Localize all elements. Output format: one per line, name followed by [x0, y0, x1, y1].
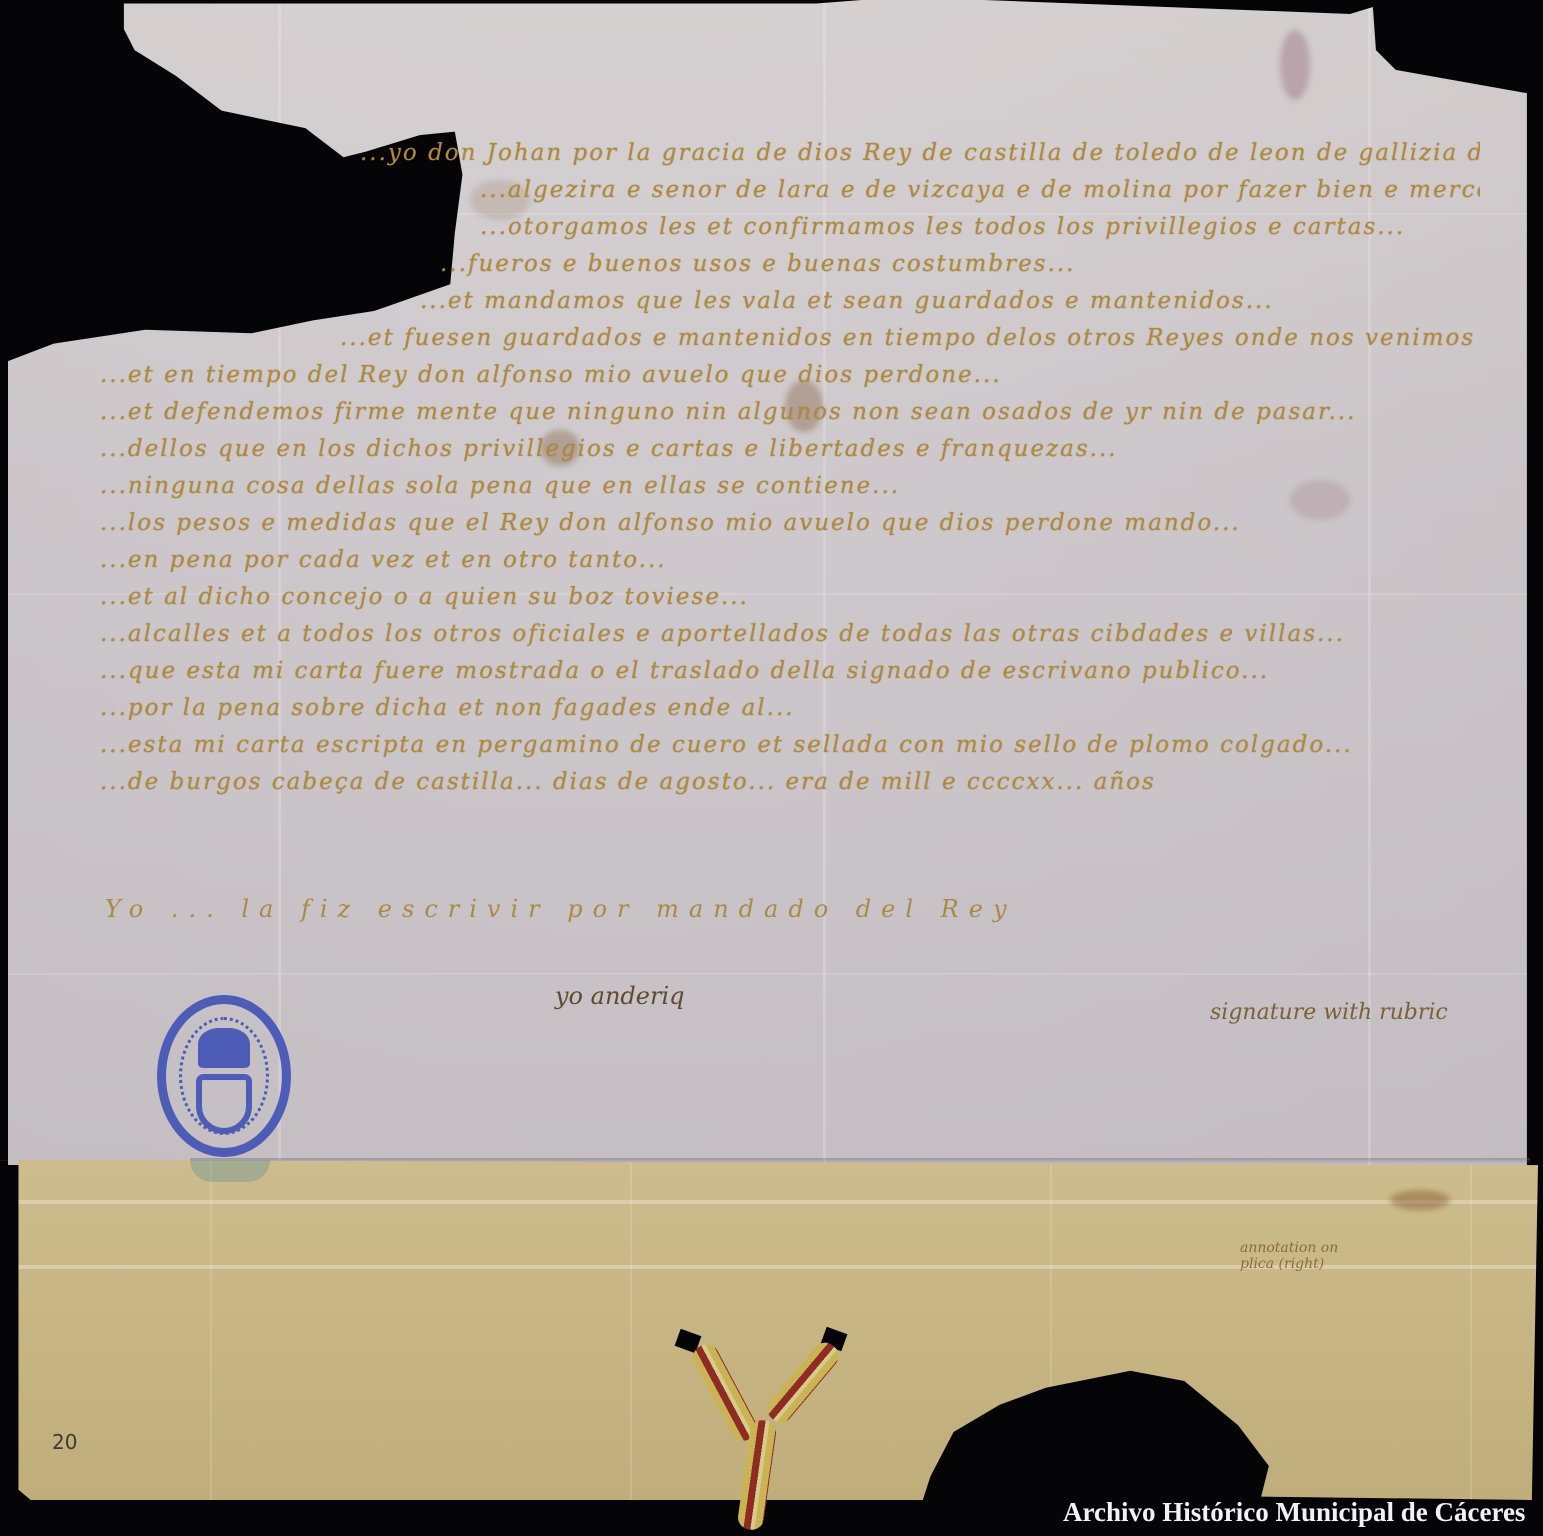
subscription-line: Yo ... la fiz escrivir por mandado del R… [105, 895, 1017, 923]
text-line: ...dellos que en los dichos privillegios… [100, 436, 1480, 473]
charter-text: ...yo don Johan por la gracia de dios Re… [100, 140, 1480, 806]
text-line: ...yo don Johan por la gracia de dios Re… [100, 140, 1480, 177]
archive-watermark: Archivo Histórico Municipal de Cáceres [1063, 1497, 1525, 1528]
coat-of-arms-icon [196, 1074, 252, 1134]
text-line: ...de burgos cabeça de castilla... dias … [100, 769, 1480, 806]
text-line: ...et al dicho concejo o a quien su boz … [100, 584, 1480, 621]
plica-note: annotation on plica (right) [1240, 1240, 1350, 1272]
stain [1280, 30, 1310, 100]
crown-icon [198, 1028, 250, 1068]
text-line: ...et en tiempo del Rey don alfonso mio … [100, 362, 1480, 399]
text-line: ...por la pena sobre dicha et non fagade… [100, 695, 1480, 732]
text-line: ...alcalles et a todos los otros oficial… [100, 621, 1480, 658]
text-line: ...fueros e buenos usos e buenas costumb… [100, 251, 1480, 288]
text-line: ...algezira e senor de lara e de vizcaya… [100, 177, 1480, 214]
text-line: ...et fuesen guardados e mantenidos en t… [100, 325, 1480, 362]
text-line: ...esta mi carta escripta en pergamino d… [100, 732, 1480, 769]
folio-number: 20 [52, 1430, 77, 1454]
text-line: ...los pesos e medidas que el Rey don al… [100, 510, 1480, 547]
signature-right: signature with rubric [1210, 1000, 1448, 1025]
text-line: ...et defendemos firme mente que ninguno… [100, 399, 1480, 436]
text-line: ...et mandamos que les vala et sean guar… [100, 288, 1480, 325]
archive-stamp [157, 995, 291, 1157]
text-line: ...otorgamos les et confirmamos les todo… [100, 214, 1480, 251]
text-line: ...en pena por cada vez et en otro tanto… [100, 547, 1480, 584]
text-line: ...que esta mi carta fuere mostrada o el… [100, 658, 1480, 695]
signature-center: yo anderiq [555, 982, 684, 1010]
parchment-document: ...yo don Johan por la gracia de dios Re… [0, 0, 1543, 1536]
stain [1390, 1190, 1450, 1210]
text-line: ...ninguna cosa dellas sola pena que en … [100, 473, 1480, 510]
stamp-offset [190, 1160, 270, 1182]
